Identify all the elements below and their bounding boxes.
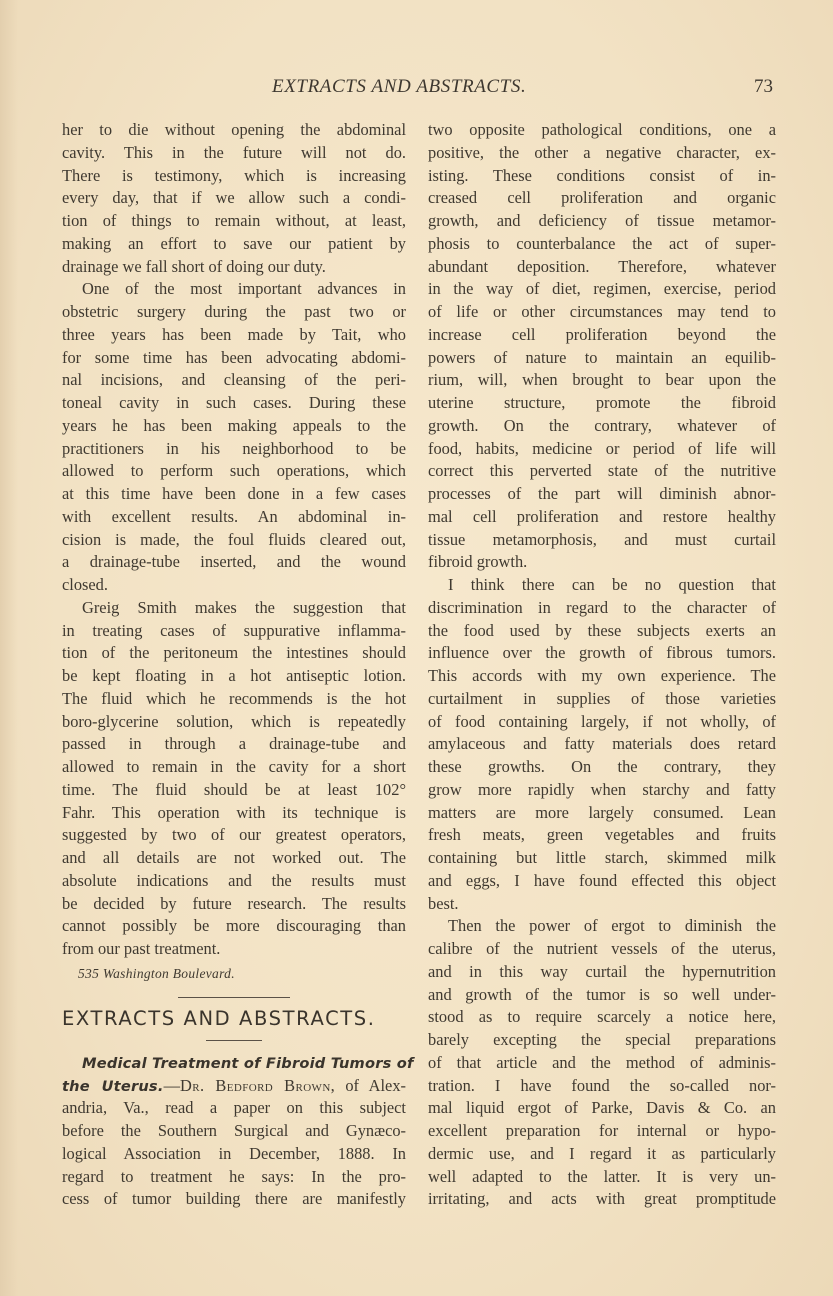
text-line: three years has been made by Tait, who <box>62 324 406 347</box>
text-line: boro-glycerine solution, which is repeat… <box>62 711 406 734</box>
text-line: fibroid growth. <box>428 551 776 574</box>
text-line: matters are more largely consumed. Lean <box>428 802 776 825</box>
text-line: the food used by these subjects exerts a… <box>428 620 776 643</box>
paragraph-tait: One of the most important advances in ob… <box>62 278 406 597</box>
text-line: in treating cases of suppurative inflamm… <box>62 620 406 643</box>
section-heading: EXTRACTS AND ABSTRACTS. <box>62 1006 406 1032</box>
text-line: be decided by future research. The resul… <box>62 893 406 916</box>
text-line: Then the power of ergot to diminish the <box>428 915 776 938</box>
text-line: isting. These conditions consist of in- <box>428 165 776 188</box>
article-title-end: the Uterus. <box>62 1078 164 1095</box>
text-line: allowed to remain in the cavity for a sh… <box>62 756 406 779</box>
text-line: abundant deposition. Therefore, whatever <box>428 256 776 279</box>
page-edge-shadow <box>0 0 18 1296</box>
text-line: and growth of the tumor is so well under… <box>428 984 776 1007</box>
right-column: two opposite pathological conditions, on… <box>428 119 776 1211</box>
text-line: tion of things to remain without, at lea… <box>62 210 406 233</box>
text-line: creased cell proliferation and organic <box>428 187 776 210</box>
text-line: with excellent results. An abdominal in- <box>62 506 406 529</box>
text-line: cess of tumor building there are manifes… <box>62 1188 406 1211</box>
text-line: of that article and the method of admini… <box>428 1052 776 1075</box>
running-title: EXTRACTS AND ABSTRACTS. <box>272 76 526 98</box>
article-title-line: the Uterus.—Dr. Bedford Brown, of Alex- <box>62 1075 406 1098</box>
text-line: cavity. This in the future will not do. <box>62 142 406 165</box>
text-line: Fahr. This operation with its technique … <box>62 802 406 825</box>
text-line: One of the most important advances in <box>62 278 406 301</box>
text-line: toneal cavity in such cases. During thes… <box>62 392 406 415</box>
heading-underline-rule <box>206 1040 262 1041</box>
text-line: for some time has been advocating abdomi… <box>62 347 406 370</box>
text-line: growth. On the contrary, whatever of <box>428 415 776 438</box>
text-line: growth, and deficiency of tissue metamor… <box>428 210 776 233</box>
text-line: absolute indications and the results mus… <box>62 870 406 893</box>
text-line: allowed to perform such operations, whic… <box>62 460 406 483</box>
text-line: every day, that if we allow such a condi… <box>62 187 406 210</box>
text-line: cision is made, the foul fluids cleared … <box>62 529 406 552</box>
text-line: calibre of the nutrient vessels of the u… <box>428 938 776 961</box>
text-line: at this time have been done in a few cas… <box>62 483 406 506</box>
text-line: grow more rapidly when starchy and fatty <box>428 779 776 802</box>
article-medical-treatment: Medical Treatment of Fibroid Tumors of t… <box>62 1052 406 1211</box>
left-column: her to die without opening the abdominal… <box>62 119 406 1211</box>
text-line: years he has been making appeals to the <box>62 415 406 438</box>
text-line: fresh meats, green vegetables and fruits <box>428 824 776 847</box>
text-line: tissue metamorphosis, and must curtail <box>428 529 776 552</box>
text-line: drainage we fall short of doing our duty… <box>62 256 406 279</box>
text-line: well adapted to the latter. It is very u… <box>428 1166 776 1189</box>
text-line: tion of the peritoneum the intestines sh… <box>62 642 406 665</box>
text-line: and all details are not worked out. The <box>62 847 406 870</box>
text-line: be kept floating in a hot antiseptic lot… <box>62 665 406 688</box>
text-line: obstetric surgery during the past two or <box>62 301 406 324</box>
paragraph-ergot: Then the power of ergot to diminish the … <box>428 915 776 1211</box>
author-address: 535 Washington Boulevard. <box>62 961 406 987</box>
article-title-line: Medical Treatment of Fibroid Tumors of <box>62 1052 406 1075</box>
text-line: I think there can be no question that <box>428 574 776 597</box>
running-head: EXTRACTS AND ABSTRACTS. 73 <box>0 76 833 104</box>
text-line: time. The fluid should be at least 102° <box>62 779 406 802</box>
text-line: uterine structure, promote the fibroid <box>428 392 776 415</box>
text-line: mal cell proliferation and restore healt… <box>428 506 776 529</box>
text-line: best. <box>428 893 776 916</box>
text-line: logical Association in December, 1888. I… <box>62 1143 406 1166</box>
text-line: There is testimony, which is increasing <box>62 165 406 188</box>
em-dash: — <box>164 1076 180 1095</box>
paragraph-conditions: two opposite pathological conditions, on… <box>428 119 776 574</box>
text-line: barely excepting the special preparation… <box>428 1029 776 1052</box>
text-line: dermic use, and I regard it as particula… <box>428 1143 776 1166</box>
text-line: excellent preparation for internal or hy… <box>428 1120 776 1143</box>
text-line: these growths. On the contrary, they <box>428 756 776 779</box>
text-line: powers of nature to maintain an equilib- <box>428 347 776 370</box>
text-line: from our past treatment. <box>62 938 406 961</box>
text-fragment: , of Alex- <box>331 1076 406 1095</box>
text-line: rium, will, when brought to bear upon th… <box>428 369 776 392</box>
text-line: correct this perverted state of the nutr… <box>428 460 776 483</box>
text-line: making an effort to save our patient by <box>62 233 406 256</box>
text-line: regard to treatment he says: In the pro- <box>62 1166 406 1189</box>
paragraph-food: I think there can be no question that di… <box>428 574 776 915</box>
text-line: in the way of diet, regimen, exercise, p… <box>428 278 776 301</box>
text-line: mal liquid ergot of Parke, Davis & Co. a… <box>428 1097 776 1120</box>
text-line: suggested by two of our greatest operato… <box>62 824 406 847</box>
text-line: food, habits, medicine or period of life… <box>428 438 776 461</box>
text-line: stood as to require scarcely a notice he… <box>428 1006 776 1029</box>
text-line: a drainage-tube inserted, and the wound <box>62 551 406 574</box>
page-number: 73 <box>754 76 773 98</box>
text-line: two opposite pathological conditions, on… <box>428 119 776 142</box>
text-line: influence over the growth of fibrous tum… <box>428 642 776 665</box>
text-line: positive, the other a negative character… <box>428 142 776 165</box>
text-line: curtailment in supplies of those varieti… <box>428 688 776 711</box>
paragraph-greig-smith: Greig Smith makes the suggestion that in… <box>62 597 406 961</box>
section-divider <box>178 997 290 998</box>
text-line: passed in through a drainage-tube and <box>62 733 406 756</box>
text-line: Greig Smith makes the suggestion that <box>62 597 406 620</box>
text-line: nal incisions, and cleansing of the peri… <box>62 369 406 392</box>
text-line: amylaceous and fatty materials does reta… <box>428 733 776 756</box>
text-line: irritating, and acts with great promptit… <box>428 1188 776 1211</box>
text-line: processes of the part will diminish abno… <box>428 483 776 506</box>
text-line: increase cell proliferation beyond the <box>428 324 776 347</box>
text-line: and in this way curtail the hypernutriti… <box>428 961 776 984</box>
text-line: and eggs, I have found effected this obj… <box>428 870 776 893</box>
text-line: of food containing largely, if not wholl… <box>428 711 776 734</box>
text-line: phosis to counterbalance the act of supe… <box>428 233 776 256</box>
text-line: cannot possibly be more discouraging tha… <box>62 915 406 938</box>
author-name: Dr. Bedford Brown <box>180 1076 331 1095</box>
text-line: before the Southern Surgical and Gynæco- <box>62 1120 406 1143</box>
text-line: discrimination in regard to the characte… <box>428 597 776 620</box>
text-line: andria, Va., read a paper on this subjec… <box>62 1097 406 1120</box>
text-line: containing but little starch, skimmed mi… <box>428 847 776 870</box>
paragraph-continued: her to die without opening the abdominal… <box>62 119 406 278</box>
article-title: Medical Treatment of Fibroid Tumors of <box>82 1055 414 1072</box>
text-line: tration. I have found the so-called nor- <box>428 1075 776 1098</box>
text-line: practitioners in his neighborhood to be <box>62 438 406 461</box>
text-line: of life or other circumstances may tend … <box>428 301 776 324</box>
text-line: her to die without opening the abdominal <box>62 119 406 142</box>
text-line: The fluid which he recommends is the hot <box>62 688 406 711</box>
text-line: closed. <box>62 574 406 597</box>
text-line: This accords with my own experience. The <box>428 665 776 688</box>
